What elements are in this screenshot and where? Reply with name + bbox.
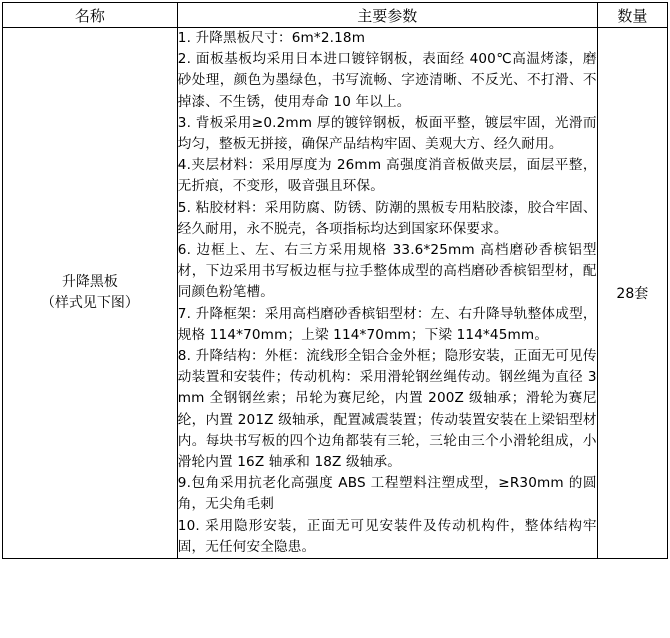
params-cell: 1. 升降黑板尺寸：6m*2.18m 2. 面板基板均采用日本进口镀锌钢板，表面…: [177, 28, 597, 559]
param-item-3: 3. 背板采用≥0.2mm 厚的镀锌钢板，板面平整，镀层牢固，光滑而均匀，整板无…: [178, 113, 597, 155]
param-item-1: 1. 升降黑板尺寸：6m*2.18m: [178, 28, 597, 49]
product-name-cell: 升降黑板 （样式见下图）: [3, 28, 178, 559]
param-item-5: 5. 粘胶材料：采用防腐、防锈、防潮的黑板专用粘胶漆，胶合牢固、经久耐用，永不脱…: [178, 198, 597, 240]
param-item-9: 9.包角采用抗老化高强度 ABS 工程塑料注塑成型，≥R30mm 的圆角，无尖角…: [178, 473, 597, 515]
spec-table: 名称 主要参数 数量 升降黑板 （样式见下图） 1. 升降黑板尺寸：6m*2.1…: [2, 2, 668, 559]
header-name: 名称: [3, 3, 178, 28]
product-name-note: （样式见下图）: [3, 293, 177, 314]
param-item-6: 6. 边框上、左、右三方采用规格 33.6*25mm 高档磨砂香槟铝型材，下边采…: [178, 240, 597, 304]
header-quantity: 数量: [597, 3, 667, 28]
header-row: 名称 主要参数 数量: [3, 3, 668, 28]
param-item-7: 7. 升降框架：采用高档磨砂香槟铝型材：左、右升降导轨整体成型，规格 114*7…: [178, 304, 597, 346]
param-item-10: 10. 采用隐形安装，正面无可见安装件及传动机构件，整体结构牢固，无任何安全隐患…: [178, 516, 597, 558]
header-params: 主要参数: [177, 3, 597, 28]
param-item-2: 2. 面板基板均采用日本进口镀锌钢板，表面经 400℃高温烤漆，磨砂处理，颜色为…: [178, 49, 597, 113]
param-item-8: 8. 升降结构：外框：流线形全铝合金外框；隐形安装，正面无可见传动装置和安装件；…: [178, 346, 597, 473]
param-item-4: 4.夹层材料：采用厚度为 26mm 高强度消音板做夹层，面层平整，无折痕，不变形…: [178, 155, 597, 197]
product-name: 升降黑板: [3, 272, 177, 293]
quantity-cell: 28套: [597, 28, 667, 559]
table-row: 升降黑板 （样式见下图） 1. 升降黑板尺寸：6m*2.18m 2. 面板基板均…: [3, 28, 668, 559]
